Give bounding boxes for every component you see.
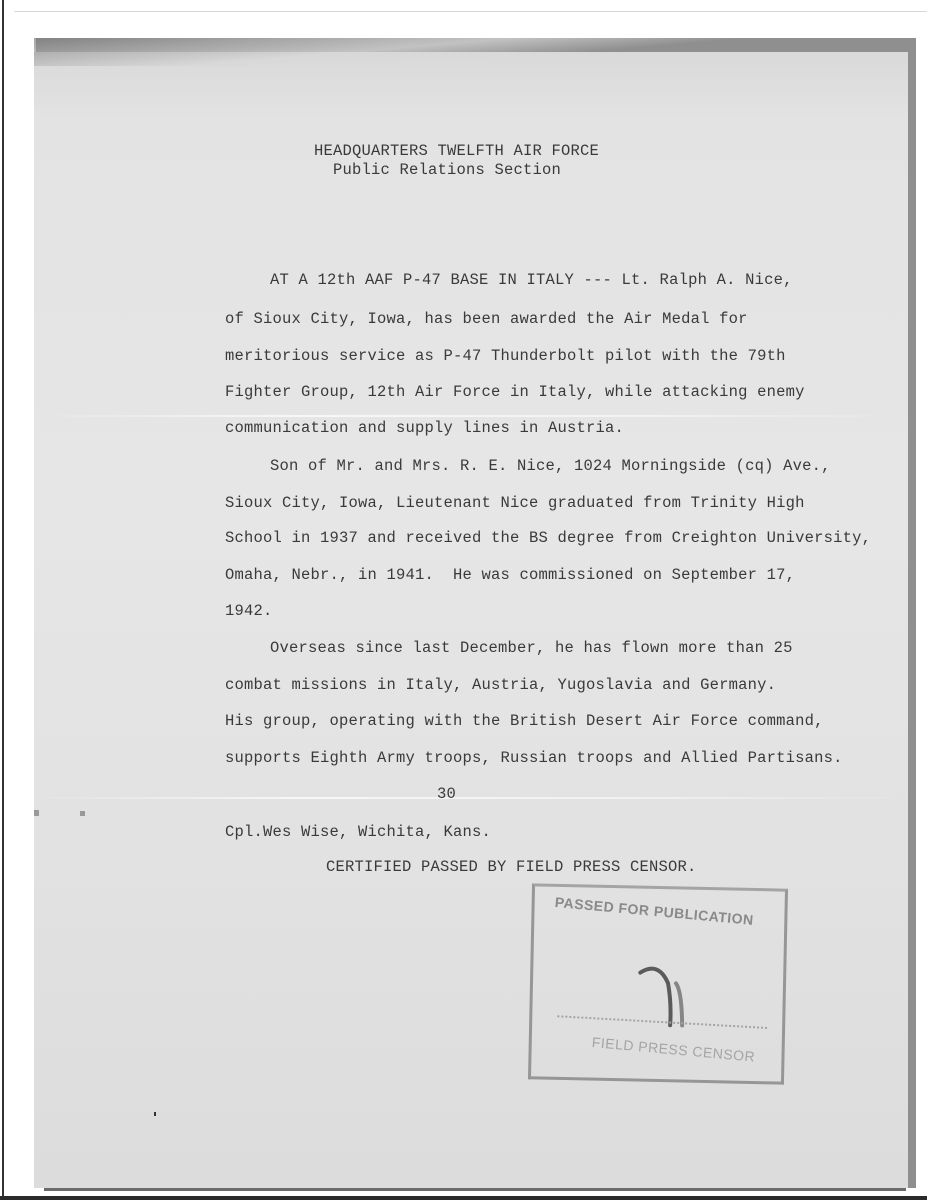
scan-border	[14, 11, 927, 12]
paragraph-2-line-2: Sioux City, Iowa, Lieutenant Nice gradua…	[225, 494, 805, 512]
paragraph-1-line-1: AT A 12th AAF P-47 BASE IN ITALY --- Lt.…	[270, 271, 793, 289]
paragraph-2-line-3: School in 1937 and received the BS degre…	[225, 529, 871, 547]
paragraph-3-line-1: Overseas since last December, he has flo…	[270, 639, 793, 657]
paragraph-1-line-2: of Sioux City, Iowa, has been awarded th…	[225, 310, 748, 328]
ink-speck	[154, 1112, 156, 1116]
staple-mark	[34, 810, 39, 816]
stamp-bottom-text: FIELD PRESS CENSOR	[591, 1034, 756, 1065]
letterhead-title: HEADQUARTERS TWELFTH AIR FORCE	[314, 142, 599, 160]
page-edge	[44, 1188, 906, 1191]
paragraph-2-line-1: Son of Mr. and Mrs. R. E. Nice, 1024 Mor…	[270, 457, 831, 475]
censor-stamp: PASSED FOR PUBLICATION FIELD PRESS CENSO…	[528, 883, 788, 1084]
censor-certification: CERTIFIED PASSED BY FIELD PRESS CENSOR.	[326, 858, 697, 876]
staple-mark	[80, 811, 85, 816]
paragraph-1-line-3: meritorious service as P-47 Thunderbolt …	[225, 347, 786, 365]
letterhead-subtitle: Public Relations Section	[333, 161, 561, 179]
scan-border	[0, 1196, 927, 1200]
paragraph-3-line-2: combat missions in Italy, Austria, Yugos…	[225, 676, 776, 694]
end-mark: 30	[437, 785, 456, 803]
paragraph-2-line-4: Omaha, Nebr., in 1941. He was commission…	[225, 566, 795, 584]
byline: Cpl.Wes Wise, Wichita, Kans.	[225, 823, 491, 841]
paragraph-1-line-5: communication and supply lines in Austri…	[225, 419, 624, 437]
paragraph-3-line-4: supports Eighth Army troops, Russian tro…	[225, 749, 843, 767]
paragraph-2-line-5: 1942.	[225, 602, 273, 620]
fold-crease	[34, 797, 908, 799]
paragraph-3-line-3: His group, operating with the British De…	[225, 712, 824, 730]
fold-crease	[34, 415, 908, 417]
stamp-top-text: PASSED FOR PUBLICATION	[554, 894, 754, 928]
paragraph-1-line-4: Fighter Group, 12th Air Force in Italy, …	[225, 383, 805, 401]
